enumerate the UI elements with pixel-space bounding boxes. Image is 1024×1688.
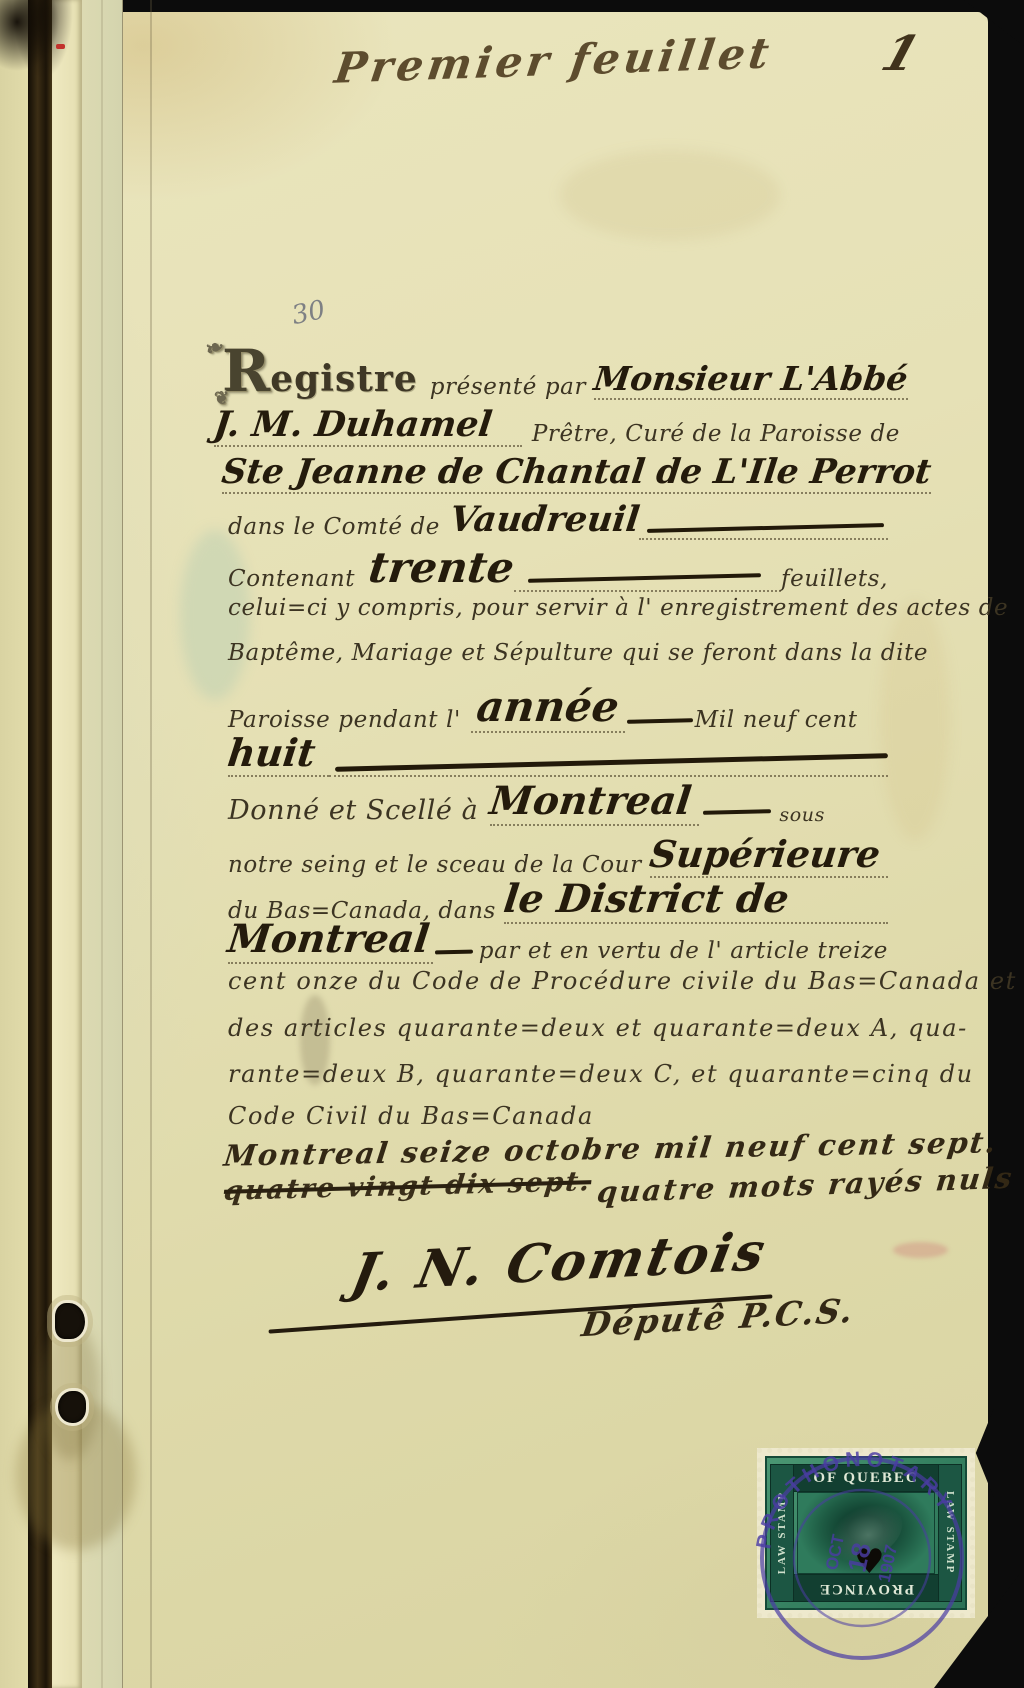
red-mark <box>56 44 65 49</box>
handwritten-fill: Montreal <box>488 778 695 824</box>
svg-text:18: 18 <box>841 1540 876 1575</box>
punch-hole <box>52 1300 88 1342</box>
handwritten-fill: trente <box>366 543 517 592</box>
handwritten-fill: Ste Jeanne de Chantal de L'Ile Perrot <box>220 452 934 492</box>
printed-text: Prêtre, Curé de la Paroisse de <box>532 421 900 447</box>
printed-text: Code Civil du Bas=Canada <box>228 1102 594 1130</box>
prothonotary-stamp: PROTHONOTARY OCT 18 1907 <box>748 1398 976 1688</box>
printed-text: dans le Comté de <box>228 514 440 540</box>
handwritten-fill: huit <box>225 730 318 775</box>
scanned-register-page: Premier feuillet 1 30 Registre présenté … <box>0 0 1024 1688</box>
handwritten-fill: Monsieur L'Abbé <box>592 359 910 398</box>
form-title: Registre <box>222 348 418 400</box>
printed-text: sous <box>779 804 825 826</box>
red-smear <box>893 1242 948 1258</box>
printed-text: feuillets, <box>781 566 888 592</box>
stain <box>560 150 780 240</box>
handwritten-fill: Montreal <box>225 916 432 962</box>
struck-words: quatre vingt dix sept. <box>222 1166 593 1207</box>
printed-text: cent onze du Code de Procédure civile du… <box>228 967 1017 995</box>
printed-text: présenté par <box>430 374 586 400</box>
printed-text: par et en vertu de l' article treize <box>479 938 888 964</box>
binding-wear <box>0 0 95 110</box>
printed-text: Contenant <box>228 566 355 592</box>
printed-text: des articles quarante=deux et quarante=d… <box>228 1014 968 1042</box>
handwritten-fill: Supérieure <box>647 832 882 876</box>
printed-text: celui=ci y compris, pour servir à l' enr… <box>228 595 1008 621</box>
stamp-date: OCT 18 1907 <box>822 1532 901 1584</box>
printed-text: notre seing et le sceau de la Cour <box>228 852 642 878</box>
printed-text: Donné et Scellé à <box>228 795 478 826</box>
paper-crease <box>150 0 152 1688</box>
handwritten-fill: J. M. Duhamel <box>211 404 494 445</box>
stamp-arc-text: PROTHONOTARY <box>752 1448 959 1551</box>
svg-text:1907: 1907 <box>875 1543 901 1584</box>
handwritten-fill: année <box>474 682 622 731</box>
punch-hole <box>55 1388 89 1426</box>
printed-text: Baptême, Mariage et Sépulture qui se fer… <box>228 640 928 666</box>
ornate-initial: R <box>222 348 270 394</box>
svg-text:PROTHONOTARY: PROTHONOTARY <box>752 1448 959 1551</box>
printed-text: rante=deux B, quarante=deux C, et quaran… <box>228 1060 974 1088</box>
handwritten-fill: Vaudreuil <box>447 499 641 540</box>
stain <box>880 600 950 840</box>
